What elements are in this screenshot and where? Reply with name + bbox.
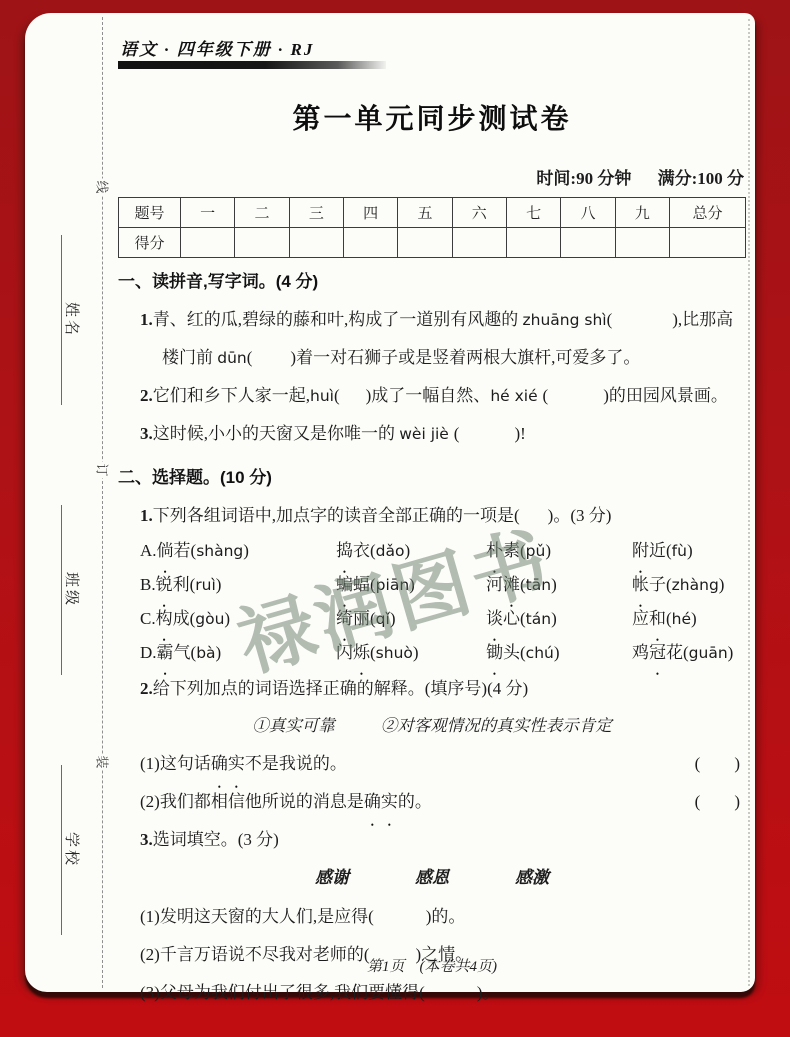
score-header-cell: 六 [452,198,506,228]
page-number-footer: 第1页 (本卷共4页) [118,955,746,976]
text-run: ( [607,310,613,329]
fill-sentence-1: (1)发明这天窗的大人们,是应得()的。 [118,898,746,936]
option-cell: 附近(fù) [632,534,746,568]
text-run: wèi jiè [399,425,454,443]
score-empty-cell [452,228,506,258]
score-row-label: 得分 [119,228,181,258]
option-letter: C. [140,609,156,628]
option-cell: C.构成(gòu) [140,602,336,636]
dotted-char: 蝙 [336,568,353,602]
option-cell: 锄头(chú) [486,636,632,670]
header-gradient-bar [118,61,386,69]
right-perforation-line [748,19,750,986]
text-run: (1)发明这天窗的大人们,是应得( [140,907,374,926]
definition-item: ②对客观情况的真实性表示肯定 [381,709,612,743]
text-run: ( [334,386,340,405]
option-cell: 谈心(tán) [486,602,632,636]
pinyin-question-2: 2.它们和乡下人家一起,huì()成了一幅自然、hé xié ()的田园风景画。 [118,377,746,415]
option-letter: D. [140,643,157,662]
dotted-char: 烁 [353,636,370,670]
dotted-char: 谈 [486,602,503,636]
text-run: ( [543,386,549,405]
pinyin-question-1: 1.青、红的瓜,碧绿的藤和叶,构成了一道别有风趣的 zhuāng shì(),比… [118,301,746,377]
text-run: 2. [140,386,153,405]
dotted-char: 附 [632,534,649,568]
time-score-meta: 时间:90 分钟 满分:100 分 [514,164,744,189]
score-header-cell: 七 [506,198,560,228]
text-run: 1. [140,310,153,329]
text-run: 下列各组词语中,加点字的读音全部正确的一项是( [153,506,520,525]
text-run: 1. [140,506,153,525]
text-run: 它们和乡下人家一起, [153,386,310,405]
school-label-text: 学校 [62,832,83,868]
test-paper-page: 线 订 装 姓名 班级 学校 禄润图书 语文 · 四年级下册 · RJ 第一单元… [25,13,755,992]
book-cover-background: { "booklet_header": "语文 · 四年级下册 · RJ", "… [0,0,790,1037]
option-cell: 河滩(tān) [486,568,632,602]
text-run: 不是我说的。 [245,754,347,773]
option-cell: B.锐利(ruì) [140,568,336,602]
text-run: huì [310,387,334,405]
option-letter: A. [140,541,157,560]
text-run: )着一对石狮子或是竖着两根大旗杆,可爱多了。 [290,348,640,367]
questions-area: 一、读拼音,写字词。(4 分) 1.青、红的瓜,碧绿的藤和叶,构成了一道别有风趣… [118,257,746,1012]
text-run: )! [514,424,525,443]
name-label-text: 姓名 [62,302,83,338]
pinyin-text: guān [689,644,728,662]
option-cell: 鸡冠花(guān) [632,636,746,670]
option-cell: 帐子(zhàng) [632,568,746,602]
pinyin-text: ruì [195,576,216,594]
dotted-char: 捣 [336,534,353,568]
option-cell: 应和(hé) [632,602,746,636]
dotted-char: 和 [649,602,666,636]
pinyin-question-3: 3.这时候,小小的天窗又是你唯一的 wèi jiè ()! [118,415,746,453]
score-empty-cell [615,228,669,258]
pinyin-text: bà [196,644,215,662]
score-header-cell: 二 [235,198,289,228]
text-run: 这时候,小小的天窗又是你唯一的 [153,424,400,443]
choice-question-1: 1.下列各组词语中,加点字的读音全部正确的一项是()。(3 分) [118,497,746,534]
sentence-2: (2)我们都相信他所说的消息是确实的。 ( ) [118,783,746,821]
dotted-char: 锄 [486,636,503,670]
pinyin-text: qǐ [376,610,390,628]
fill-sentence-3-text: (3)父母为我们付出了很多,我们要懂得()。 [140,974,499,1012]
dotted-char: 确 [364,783,381,821]
pinyin-text: piān [376,576,409,594]
text-run: 选词填空。(3 分) [153,830,279,849]
pinyin-text: shàng [196,542,243,560]
pinyin-text: tán [526,610,551,628]
binding-dashed-line [102,17,103,988]
binding-char-bind: 装 [95,753,110,770]
text-run: zhuāng shì [523,311,607,329]
sentence-1: (1)这句话确实不是我说的。 ( ) [118,745,746,783]
text-run: 给下列加点的词语选择正确的解释。(填序号)(4 分) [153,679,528,698]
score-empty-cell [181,228,235,258]
word-choice: 感恩 [415,860,449,896]
text-run: )的。 [426,907,466,926]
option-cell: 蝙蝠(piān) [336,568,486,602]
pinyin-text: pǔ [526,542,546,560]
dotted-char: 朴 [486,534,503,568]
fill-sentence-3: (3)父母为我们付出了很多,我们要懂得()。 [118,974,746,1012]
text-run: (3)父母为我们付出了很多,我们要懂得( [140,983,425,1002]
text-run: )成了一幅自然、 [366,386,491,405]
text-run: dūn [217,349,247,367]
word-choice: 感激 [515,860,549,896]
score-empty-cell [235,228,289,258]
time-limit: 时间:90 分钟 [536,169,631,188]
option-cell: 绮丽(qǐ) [336,602,486,636]
score-header-cell: 五 [398,198,452,228]
option-letter: B. [140,575,156,594]
score-header-cell: 九 [615,198,669,228]
option-cell: 朴素(pǔ) [486,534,632,568]
section-one-heading: 一、读拼音,写字词。(4 分) [118,267,746,297]
name-fill-label: 姓名 [61,235,83,405]
score-header-cell: 总分 [670,198,746,228]
pinyin-text: gòu [195,610,224,628]
score-empty-cell [561,228,615,258]
binding-char-staple: 订 [95,461,110,478]
dotted-char: 滩 [503,568,520,602]
score-empty-cell [398,228,452,258]
score-table: 题号一二三四五六七八九总分得分 [118,197,746,258]
full-score: 满分:100 分 [658,169,744,188]
score-header-cell: 三 [289,198,343,228]
dotted-char: 实 [381,783,398,821]
school-fill-label: 学校 [61,765,83,935]
dotted-char: 绮 [336,602,353,636]
dotted-char: 霸 [157,636,174,670]
text-run: 3. [140,424,153,443]
text-run: 青、红的瓜,碧绿的藤和叶,构成了一道别有风趣的 [153,310,523,329]
answer-bracket: ( ) [695,783,740,821]
option-cell: 闪烁(shuò) [336,636,486,670]
option-cell: 捣衣(dǎo) [336,534,486,568]
score-header-cell: 题号 [119,198,181,228]
dotted-char: 帐 [632,568,649,602]
score-empty-cell [343,228,397,258]
fill-sentence-1-text: (1)发明这天窗的大人们,是应得()的。 [140,898,465,936]
text-run: ( [454,424,460,443]
score-empty-cell [289,228,343,258]
booklet-header: 语文 · 四年级下册 · RJ [120,35,314,60]
choice-question-2: 2.给下列加点的词语选择正确的解释。(填序号)(4 分) [118,670,746,707]
score-header-cell: 一 [181,198,235,228]
score-header-cell: 八 [561,198,615,228]
sentence-1-text: (1)这句话确实不是我说的。 [140,745,347,783]
word-bank: 感谢感恩感激 [118,860,746,896]
dotted-char: 冠 [649,636,666,670]
option-cell: A.倘若(shàng) [140,534,336,568]
text-run: 2. [140,679,153,698]
choice-question-3: 3.选词填空。(3 分) [118,821,746,858]
text-run: (2)我们都相信他所说的消息是 [140,792,364,811]
page-title: 第一单元同步测试卷 [118,97,746,137]
text-run: ( [247,348,253,367]
pinyin-text: tān [526,576,551,594]
word-choice: 感谢 [315,860,349,896]
definition-item: ①真实可靠 [252,709,335,743]
dotted-char: 确 [211,745,228,783]
pinyin-text: dǎo [376,542,405,560]
definition-line: ①真实可靠②对客观情况的真实性表示肯定 [118,709,746,743]
dotted-word: 确实 [364,792,398,811]
dotted-char: 倘 [157,534,174,568]
text-run: (1)这句话 [140,754,211,773]
pinyin-text: zhàng [672,576,719,594]
text-run: )的田园风景画。 [603,386,728,405]
score-header-cell: 四 [343,198,397,228]
dotted-char: 实 [228,745,245,783]
text-run: )。 [477,983,500,1002]
text-run: )。(3 分) [548,506,612,525]
class-fill-label: 班级 [61,505,83,675]
score-empty-cell [670,228,746,258]
pinyin-text: hé [672,610,691,628]
class-label-text: 班级 [62,572,83,608]
option-grid: A.倘若(shàng)捣衣(dǎo)朴素(pǔ)附近(fù)B.锐利(ruì)蝙… [118,534,746,670]
text-run: 的。 [398,792,432,811]
pinyin-text: shuò [376,644,413,662]
dotted-char: 锐 [156,568,173,602]
text-run: hé xié [490,387,542,405]
dotted-word: 确实 [211,754,245,773]
score-empty-cell [506,228,560,258]
sentence-2-text: (2)我们都相信他所说的消息是确实的。 [140,783,432,821]
pinyin-text: chú [526,644,554,662]
answer-bracket: ( ) [695,745,740,783]
text-run: 3. [140,830,153,849]
dotted-char: 构 [156,602,173,636]
option-cell: D.霸气(bà) [140,636,336,670]
binding-char-line: 线 [95,178,110,195]
section-two-heading: 二、选择题。(10 分) [118,463,746,493]
pinyin-text: fù [672,542,687,560]
